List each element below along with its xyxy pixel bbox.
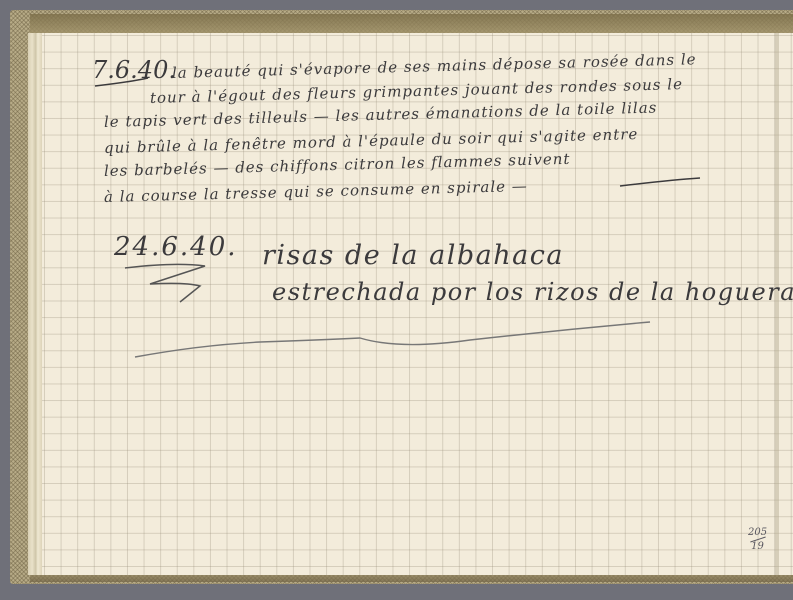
- page-number-bottom: 19: [751, 541, 764, 552]
- page-number: 205 19: [748, 527, 767, 552]
- pencil-strokes: [0, 0, 793, 600]
